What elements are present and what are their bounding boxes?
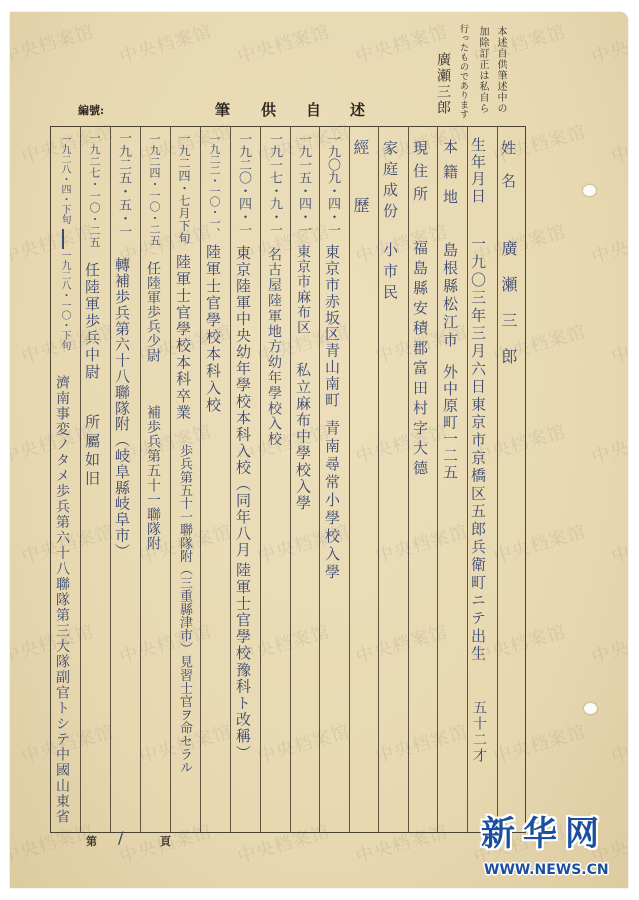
annotation-line: 加除訂正は私自ら xyxy=(473,26,491,114)
column-divider xyxy=(378,126,379,832)
career-date: 一九二七・一〇・二五 xyxy=(85,132,103,248)
punch-hole xyxy=(584,703,597,714)
career-text: 轉補歩兵第六十八聯隊附（岐阜縣岐阜市） xyxy=(113,257,131,559)
address-label: 現住所 xyxy=(411,140,429,209)
column-divider xyxy=(80,126,81,832)
name-label: 姓名 xyxy=(499,140,517,206)
column-divider xyxy=(319,126,320,832)
career-text: 陸軍士官學校豫科ト改稱） xyxy=(234,562,252,761)
domicile-value: 島根縣松江市 xyxy=(441,242,459,350)
column-divider xyxy=(260,126,261,832)
column-divider xyxy=(497,126,498,832)
family-value: 小市民 xyxy=(381,242,399,305)
career-text: 歩兵第五十一聯隊附（三重縣津市）見習士官ヲ命セラル xyxy=(175,444,193,774)
career-text: 濟南事変ノタメ歩兵第六十八聯隊第三大隊副官トシテ中國山東省 xyxy=(53,375,71,825)
career-text: 名古屋陸軍地方幼年學校入校 xyxy=(265,247,283,447)
title-char: 供 xyxy=(261,101,276,119)
career-text: 東京市麻布区 xyxy=(294,244,312,335)
family-label: 家庭成份 xyxy=(381,140,399,224)
birth-label: 生年月日 xyxy=(469,137,487,205)
title-char: 述 xyxy=(350,101,365,119)
domicile-label: 本籍地 xyxy=(441,139,459,214)
career-text: 任陸軍歩兵少尉 xyxy=(144,261,162,363)
career-text: 東京市赤坂区青山南町 xyxy=(323,244,341,408)
column-divider xyxy=(290,126,291,832)
career-text: 陸軍士官學校本科卒業 xyxy=(174,254,192,421)
column-divider xyxy=(408,126,409,832)
title-char: 自 xyxy=(306,101,321,119)
career-text: 青南尋常小學校入學 xyxy=(323,420,341,582)
career-date: 一九二五・五・一 xyxy=(114,131,132,238)
page-suffix: 頁 xyxy=(160,835,171,849)
column-divider xyxy=(437,126,438,832)
column-divider xyxy=(349,126,350,832)
domicile-value: 外中原町一二五 xyxy=(441,364,459,481)
annotation-line: 行ったものであります xyxy=(454,24,472,119)
career-date: 一九一五・四・一 xyxy=(294,132,312,236)
career-date-end: 一九二八・一〇・下旬 xyxy=(55,250,73,350)
column-divider xyxy=(110,126,111,832)
career-date: 一九一七・九・一 xyxy=(265,132,283,236)
logo-url: WWW.NEWS.CN xyxy=(484,861,609,879)
career-date: 一九〇九・四・一 xyxy=(323,132,341,236)
career-date: 一九二四・七月下旬 xyxy=(175,132,193,245)
career-date: 一九二八・四・下旬 xyxy=(55,134,73,224)
column-divider xyxy=(140,126,141,832)
age-value: 五十二才 xyxy=(470,700,488,764)
career-text: 所屬如旧 xyxy=(83,414,101,489)
address-value: 福島縣安積郡富田村字大德 xyxy=(411,240,429,480)
career-label: 經歷 xyxy=(351,139,369,255)
career-text: 任陸軍歩兵中尉 xyxy=(83,262,101,381)
serial-number-label: 編號: xyxy=(78,104,104,118)
career-date: 一九二四・一〇・二五 xyxy=(145,133,163,246)
annotation-line: 本述自供筆述中の xyxy=(491,26,509,114)
column-divider xyxy=(467,126,468,832)
column-divider xyxy=(200,126,201,832)
punch-hole xyxy=(583,185,596,196)
page-prefix: 第 xyxy=(86,835,97,849)
annotation-signature: 廣瀬三郎 xyxy=(434,52,452,116)
career-text: 私立麻布中學校入學 xyxy=(294,362,312,511)
title-char: 筆 xyxy=(215,101,230,119)
name-value: 廣瀬三郎 xyxy=(499,240,517,384)
career-text: 陸軍士官學校本科入校 xyxy=(204,244,222,414)
column-divider xyxy=(170,126,171,832)
birth-value: 一九〇三年三月六日東京市京橋区五郎兵衛町ニテ出生 xyxy=(469,236,487,663)
page-number: / xyxy=(118,831,123,845)
career-text: 補歩兵第五十一聯隊附 xyxy=(144,405,162,551)
column-divider xyxy=(230,126,231,832)
career-date: 一九二〇・四・一 xyxy=(234,132,252,236)
date-range-dash xyxy=(62,229,64,249)
logo-name: 新华网 xyxy=(481,812,607,856)
career-text: 東京陸軍中央幼年學校本科入校（同年八月 xyxy=(234,245,252,559)
career-date: 一九二二・一〇・一、 xyxy=(205,133,223,238)
